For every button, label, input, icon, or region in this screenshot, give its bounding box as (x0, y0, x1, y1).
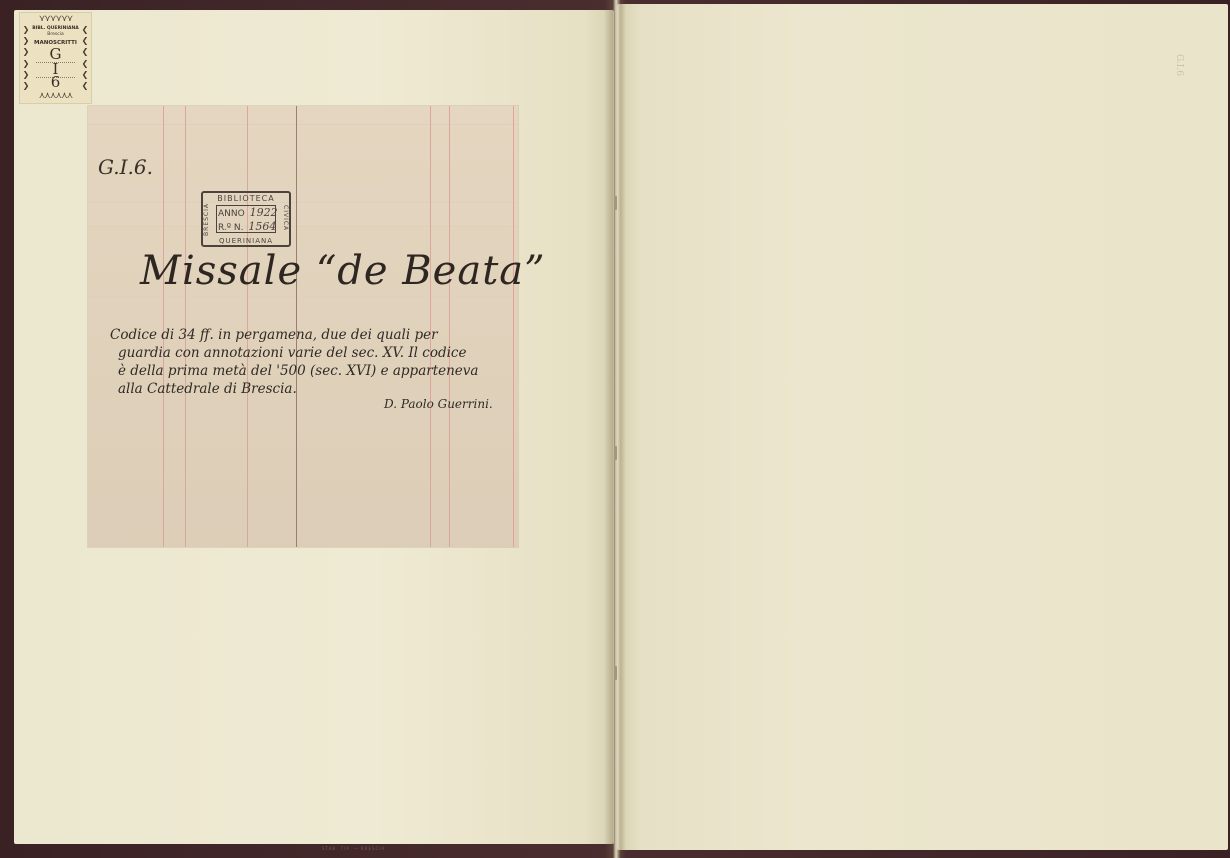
stamp-number-label: R.º N. (218, 223, 244, 233)
label-city: Brescia (20, 32, 91, 37)
stamp-right-text: CIVICA (282, 205, 289, 231)
shelfmark: G.I.6. (98, 155, 153, 179)
stamp-year-label: ANNO (218, 209, 245, 219)
binding-stitch (614, 666, 617, 680)
binding-stitch (614, 196, 617, 210)
stamp-year-row: ANNO 1922 (218, 206, 278, 219)
label-library: BIBL. QUERINIANA (20, 26, 91, 31)
ruling-line (88, 486, 518, 487)
manuscript-description: Codice di 34 ff. in pergamena, due dei q… (110, 326, 515, 398)
ornament-border-bottom: ⋏⋏⋏⋏⋏⋏ (22, 92, 89, 101)
ruling-line (88, 414, 518, 415)
library-stamp: BIBLIOTECA BRESCIA CIVICA QUERINIANA ANN… (201, 191, 291, 247)
stamp-number-row: R.º N. 1564 (218, 220, 276, 233)
label-signature-line-3: 6 (20, 75, 91, 90)
description-line: guardia con annotazioni varie del sec. X… (110, 344, 515, 362)
binding-stitch (614, 446, 617, 460)
stamp-year-value: 1922 (250, 206, 278, 219)
ruling-line (88, 226, 518, 227)
description-line: Codice di 34 ff. in pergamena, due dei q… (110, 326, 515, 344)
right-endpaper (617, 4, 1228, 850)
ruling-line (88, 296, 518, 297)
stamp-left-text: BRESCIA (203, 203, 210, 236)
ornament-border-top: ⋎⋎⋎⋎⋎⋎ (22, 15, 89, 24)
description-line: è della prima metà del '500 (sec. XVI) e… (110, 362, 515, 380)
description-line: alla Cattedrale di Brescia. (110, 380, 515, 398)
stamp-bottom-text: QUERINIANA (203, 237, 289, 245)
printer-mark: STAB. TIP. — BRESCIA (322, 846, 385, 851)
ruling-line (88, 446, 518, 447)
description-slip: G.I.6. BIBLIOTECA BRESCIA CIVICA QUERINI… (88, 106, 518, 547)
shelf-label: ⋎⋎⋎⋎⋎⋎ ⋏⋏⋏⋏⋏⋏ ❯❯❯❯❯❯ ❮❮❮❮❮❮ BIBL. QUERIN… (19, 12, 92, 104)
ruling-line (88, 526, 518, 527)
manuscript-title: Missale “de Beata” (140, 248, 546, 294)
ruling-line (88, 124, 518, 125)
stamp-number-value: 1564 (248, 220, 276, 233)
stamp-top-text: BIBLIOTECA (203, 194, 289, 203)
author-signature: D. Paolo Guerrini. (384, 397, 493, 411)
ruling-line (88, 202, 518, 203)
book-gutter (604, 0, 626, 858)
folio-pencil-note: G.I.6 (1174, 54, 1184, 76)
